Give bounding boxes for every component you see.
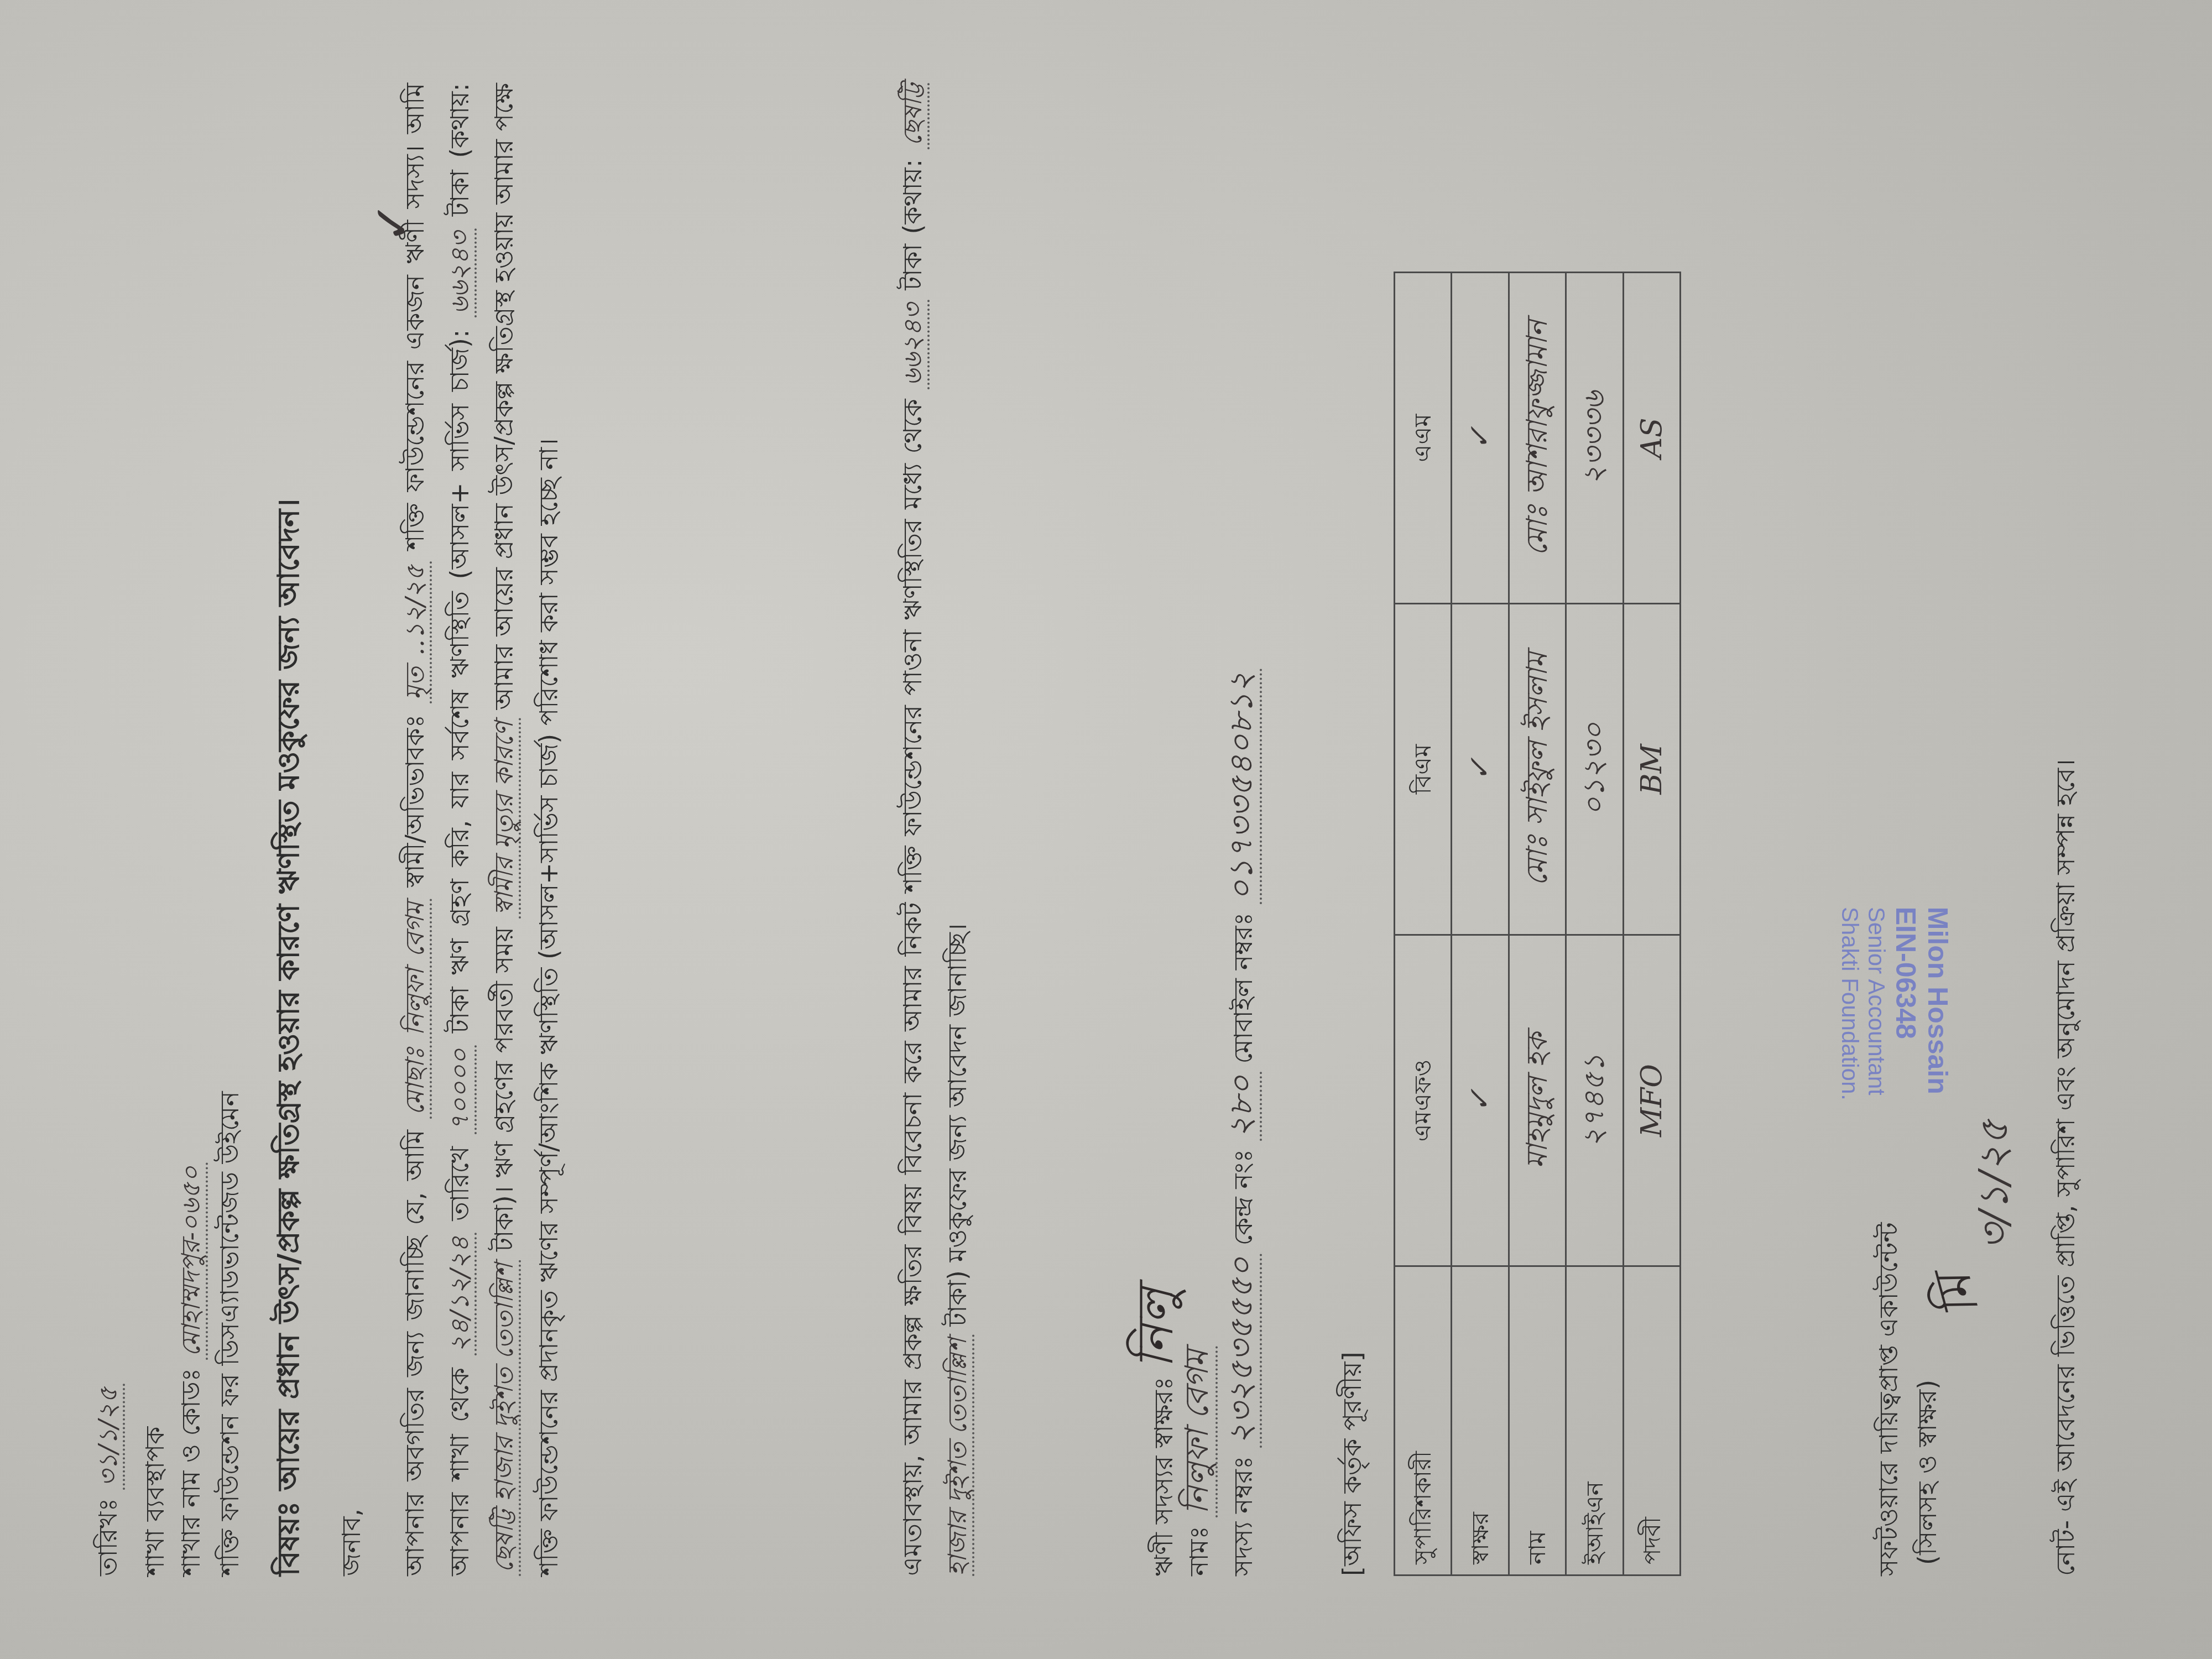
- office-table-row: সুপারিশকারীএমএফওবিএমএএম: [1395, 273, 1452, 1575]
- body-paragraph-2: এমতাবস্থায়, আমার প্রকল্প ক্ষতির বিষয় ব…: [890, 83, 979, 1576]
- office-cell-signature: ✓: [1452, 273, 1509, 604]
- office-cell-designation: AS: [1623, 273, 1681, 604]
- office-table-row: পদবীMFOBMAS: [1623, 273, 1681, 1575]
- office-table-row: নামমাহমুদুল হকমোঃ সাইফুল ইসলামমোঃ আশরাফু…: [1509, 273, 1566, 1575]
- office-cell-name: মোঃ আশরাফুজ্জামান: [1509, 273, 1566, 604]
- office-cell-signature: ✓: [1452, 935, 1509, 1266]
- p2-text-2: টাকা (কথায়:: [898, 159, 927, 290]
- reason-field: স্বামীর মৃত্যুর কারণে: [489, 718, 521, 919]
- recipient-line-3: শক্তি ফাউন্ডেশন ফর ডিসএ্যাডভান্টেজড উইমে…: [210, 1091, 249, 1576]
- accountant-subtitle: (সিলসহ ও স্বাক্ষর): [1908, 1380, 1947, 1565]
- stamp-title: Senior Accountant: [1863, 907, 1889, 1100]
- p1-text-2: স্বামী/অভিভাবকঃ: [400, 714, 430, 888]
- date-label: তারিখঃ: [93, 1498, 123, 1576]
- member-name-field: মোছাঃ নিলুফা বেগম: [400, 899, 432, 1119]
- office-cell-name: মোঃ সাইফুল ইসলাম: [1509, 604, 1566, 935]
- office-cell-ein: ০১২৩০: [1566, 604, 1624, 935]
- p1-text-4: তারিখে: [445, 1146, 474, 1221]
- p1-text-6: টাকা (কথায়:: [445, 83, 474, 216]
- recipient-line-1: শাখা ব্যবস্থাপক: [135, 1427, 175, 1576]
- salutation: জনাব,: [332, 1509, 371, 1576]
- office-cell-ein: ২৭৪৫১: [1566, 935, 1624, 1266]
- office-cell-designation: BM: [1623, 604, 1681, 935]
- date-value: ৩১/১/২৫: [93, 1384, 125, 1490]
- accountant-title: সফটওয়ারে দায়িত্বপ্রাপ্ত একাউন্টেন্ট: [1869, 1222, 1908, 1576]
- office-table-row: ইআইএন২৭৪৫১০১২৩০২৩৩৩৬: [1566, 273, 1624, 1575]
- office-row-header: সুপারিশকারী: [1395, 1266, 1452, 1575]
- waiver-amount-field: ৬৬২৪৩: [898, 300, 930, 389]
- amount-words-field: ছেষট্টি হাজার দুইশত তেতাল্লিশ: [489, 1260, 521, 1576]
- member-name-label: নামঃ: [1184, 1526, 1214, 1576]
- office-cell-role: বিএম: [1395, 604, 1452, 935]
- office-row-header: স্বাক্ষর: [1452, 1266, 1509, 1575]
- footer-note: নোট- এই আবেদনের ভিত্তিতে প্রাপ্তি, সুপার…: [2046, 759, 2085, 1576]
- center-value: ২৮০: [1222, 1072, 1262, 1141]
- office-row-header: পদবী: [1623, 1266, 1681, 1575]
- outstanding-field: ৬৬২৪৩: [445, 228, 477, 318]
- office-caption: [অফিস কর্তৃক পূরণীয়]: [1333, 1352, 1372, 1576]
- office-cell-ein: ২৩৩৩৬: [1566, 273, 1624, 604]
- mobile-value: ০১৭৩৩৫৪০৮১২: [1222, 669, 1262, 904]
- stamp-name: Milon Hossain: [1921, 907, 1953, 1100]
- recipient-line-2: শাখার নাম ও কোডঃ মোহাম্মদপুর-০৬৫০: [171, 1162, 211, 1576]
- office-cell-signature: ✓: [1452, 604, 1509, 935]
- center-label: কেন্দ্র নংঃ: [1228, 1149, 1258, 1245]
- date-line: তারিখঃ ৩১/১/২৫: [88, 1384, 128, 1576]
- loan-date-field: ২৪/১২/২৪: [445, 1233, 477, 1355]
- p1-text-7: টাকা)। ঋণ গ্রহণের পরবর্তী সময়: [489, 927, 519, 1251]
- member-id-value: ২৩২৫৩৫৫৫০: [1222, 1254, 1262, 1448]
- stamp-org: Shakti Foundation.: [1836, 907, 1863, 1100]
- office-recommendation-table: সুপারিশকারীএমএফওবিএমএএমস্বাক্ষর✓✓✓নামমাহ…: [1394, 272, 1681, 1576]
- office-row-header: ইআইএন: [1566, 1266, 1624, 1575]
- check-mark-icon: ✓: [354, 202, 431, 243]
- office-cell-designation: MFO: [1623, 935, 1681, 1266]
- guardian-name-field: মৃত ..১২/২৫: [400, 561, 432, 703]
- application-form: তারিখঃ ৩১/১/২৫ শাখা ব্যবস্থাপক শাখার নাম…: [0, 0, 2212, 1659]
- office-cell-role: এমএফও: [1395, 935, 1452, 1266]
- office-cell-name: মাহমুদুল হক: [1509, 935, 1566, 1266]
- accountant-stamp: Milon Hossain EIN-06348 Senior Accountan…: [1836, 907, 1953, 1100]
- p1-text-1: আপনার অবগতির জন্য জানাচ্ছি যে, আমি: [400, 1130, 430, 1576]
- loan-amount-field: ৭০০০০: [445, 1045, 477, 1135]
- member-name-line: নামঃ নিলুফা বেগম: [1172, 1346, 1222, 1576]
- mobile-label: মোবাইল নম্বরঃ: [1228, 912, 1258, 1064]
- office-table-row: স্বাক্ষর✓✓✓: [1452, 273, 1509, 1575]
- member-name-value: নিলুফা বেগম: [1178, 1346, 1218, 1517]
- stamp-ein: EIN-06348: [1890, 907, 1922, 1100]
- p2-text-1: এমতাবস্থায়, আমার প্রকল্প ক্ষতির বিষয় ব…: [898, 399, 927, 1576]
- office-row-header: নাম: [1509, 1266, 1566, 1575]
- accountant-signature: মি: [1915, 1265, 2000, 1326]
- branch-label: শাখার নাম ও কোডঃ: [176, 1368, 206, 1576]
- accountant-sign-date: ৩/১/২৫: [1963, 1119, 2025, 1250]
- member-id-line: সদস্য নম্বরঃ ২৩২৫৩৫৫৫০ কেন্দ্র নংঃ ২৮০ ম…: [1217, 669, 1266, 1576]
- p1-text-5: টাকা ঋণ গ্রহণ করি, যার সর্বশেষ ঋণস্থিতি …: [445, 330, 474, 1034]
- p2-text-3: টাকা) মওকুফের জন্য আবেদন জানাচ্ছি।: [942, 924, 972, 1327]
- member-id-label: সদস্য নম্বরঃ: [1228, 1456, 1258, 1576]
- subject-heading: বিষয়ঃ আয়ের প্রধান উৎস/প্রকল্প ক্ষতিগ্র…: [265, 499, 312, 1576]
- branch-value: মোহাম্মদপুর-০৬৫০: [176, 1162, 208, 1360]
- office-cell-role: এএম: [1395, 273, 1452, 604]
- body-paragraph-1: আপনার অবগতির জন্য জানাচ্ছি যে, আমি মোছাঃ…: [393, 83, 571, 1576]
